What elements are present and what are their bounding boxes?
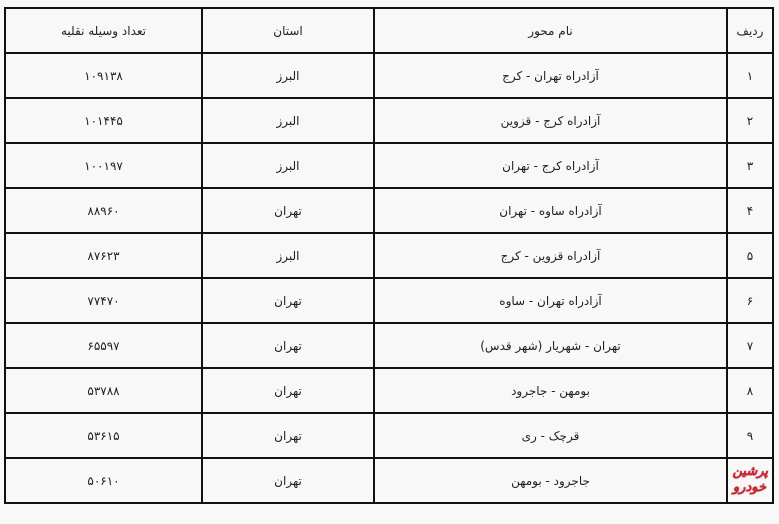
cell-index: ۹ xyxy=(727,413,773,458)
table-row: پرشین خودرو جاجرود - بومهن تهران ۵۰۶۱۰ xyxy=(5,458,773,503)
cell-route: آزادراه کرج - تهران xyxy=(374,143,727,188)
cell-route: جاجرود - بومهن xyxy=(374,458,727,503)
cell-province: تهران xyxy=(202,278,374,323)
cell-index: ۱ xyxy=(727,53,773,98)
header-index: ردیف xyxy=(727,8,773,53)
cell-route: بومهن - جاجرود xyxy=(374,368,727,413)
cell-index-watermark: پرشین خودرو xyxy=(727,458,773,503)
header-province: استان xyxy=(202,8,374,53)
table-row: ۲ آزادراه کرج - قزوین البرز ۱۰۱۴۴۵ xyxy=(5,98,773,143)
logo-text-line2: خودرو xyxy=(733,481,766,494)
cell-route: قرچک - ری xyxy=(374,413,727,458)
traffic-volume-table: ردیف نام محور استان تعداد وسیله نقلیه ۱ … xyxy=(4,7,774,504)
cell-route: آزادراه تهران - ساوه xyxy=(374,278,727,323)
table-row: ۱ آزادراه تهران - کرج البرز ۱۰۹۱۳۸ xyxy=(5,53,773,98)
cell-count: ۱۰۰۱۹۷ xyxy=(5,143,202,188)
table-row: ۸ بومهن - جاجرود تهران ۵۳۷۸۸ xyxy=(5,368,773,413)
cell-index: ۳ xyxy=(727,143,773,188)
cell-province: تهران xyxy=(202,413,374,458)
cell-count: ۶۵۵۹۷ xyxy=(5,323,202,368)
table-row: ۵ آزادراه قزوین - کرج البرز ۸۷۶۲۳ xyxy=(5,233,773,278)
cell-count: ۵۳۶۱۵ xyxy=(5,413,202,458)
table-row: ۷ تهران - شهریار (شهر قدس) تهران ۶۵۵۹۷ xyxy=(5,323,773,368)
cell-province: البرز xyxy=(202,98,374,143)
traffic-table-container: ردیف نام محور استان تعداد وسیله نقلیه ۱ … xyxy=(4,7,772,504)
cell-count: ۸۷۶۲۳ xyxy=(5,233,202,278)
logo-text-line1: پرشین xyxy=(732,465,768,478)
cell-route: آزادراه ساوه - تهران xyxy=(374,188,727,233)
cell-count: ۵۰۶۱۰ xyxy=(5,458,202,503)
cell-index: ۴ xyxy=(727,188,773,233)
cell-route: آزادراه قزوین - کرج xyxy=(374,233,727,278)
persian-khodro-logo: پرشین خودرو xyxy=(731,464,769,498)
cell-route: تهران - شهریار (شهر قدس) xyxy=(374,323,727,368)
cell-count: ۵۳۷۸۸ xyxy=(5,368,202,413)
cell-index: ۸ xyxy=(727,368,773,413)
header-route: نام محور xyxy=(374,8,727,53)
cell-count: ۱۰۹۱۳۸ xyxy=(5,53,202,98)
table-row: ۳ آزادراه کرج - تهران البرز ۱۰۰۱۹۷ xyxy=(5,143,773,188)
header-count: تعداد وسیله نقلیه xyxy=(5,8,202,53)
cell-index: ۶ xyxy=(727,278,773,323)
table-row: ۴ آزادراه ساوه - تهران تهران ۸۸۹۶۰ xyxy=(5,188,773,233)
cell-province: البرز xyxy=(202,143,374,188)
cell-index: ۷ xyxy=(727,323,773,368)
cell-count: ۱۰۱۴۴۵ xyxy=(5,98,202,143)
cell-index: ۲ xyxy=(727,98,773,143)
cell-route: آزادراه کرج - قزوین xyxy=(374,98,727,143)
table-row: ۹ قرچک - ری تهران ۵۳۶۱۵ xyxy=(5,413,773,458)
cell-province: تهران xyxy=(202,188,374,233)
cell-province: البرز xyxy=(202,233,374,278)
cell-province: البرز xyxy=(202,53,374,98)
cell-province: تهران xyxy=(202,368,374,413)
table-header-row: ردیف نام محور استان تعداد وسیله نقلیه xyxy=(5,8,773,53)
cell-index: ۵ xyxy=(727,233,773,278)
cell-count: ۸۸۹۶۰ xyxy=(5,188,202,233)
cell-count: ۷۷۴۷۰ xyxy=(5,278,202,323)
cell-route: آزادراه تهران - کرج xyxy=(374,53,727,98)
cell-province: تهران xyxy=(202,323,374,368)
cell-province: تهران xyxy=(202,458,374,503)
table-row: ۶ آزادراه تهران - ساوه تهران ۷۷۴۷۰ xyxy=(5,278,773,323)
